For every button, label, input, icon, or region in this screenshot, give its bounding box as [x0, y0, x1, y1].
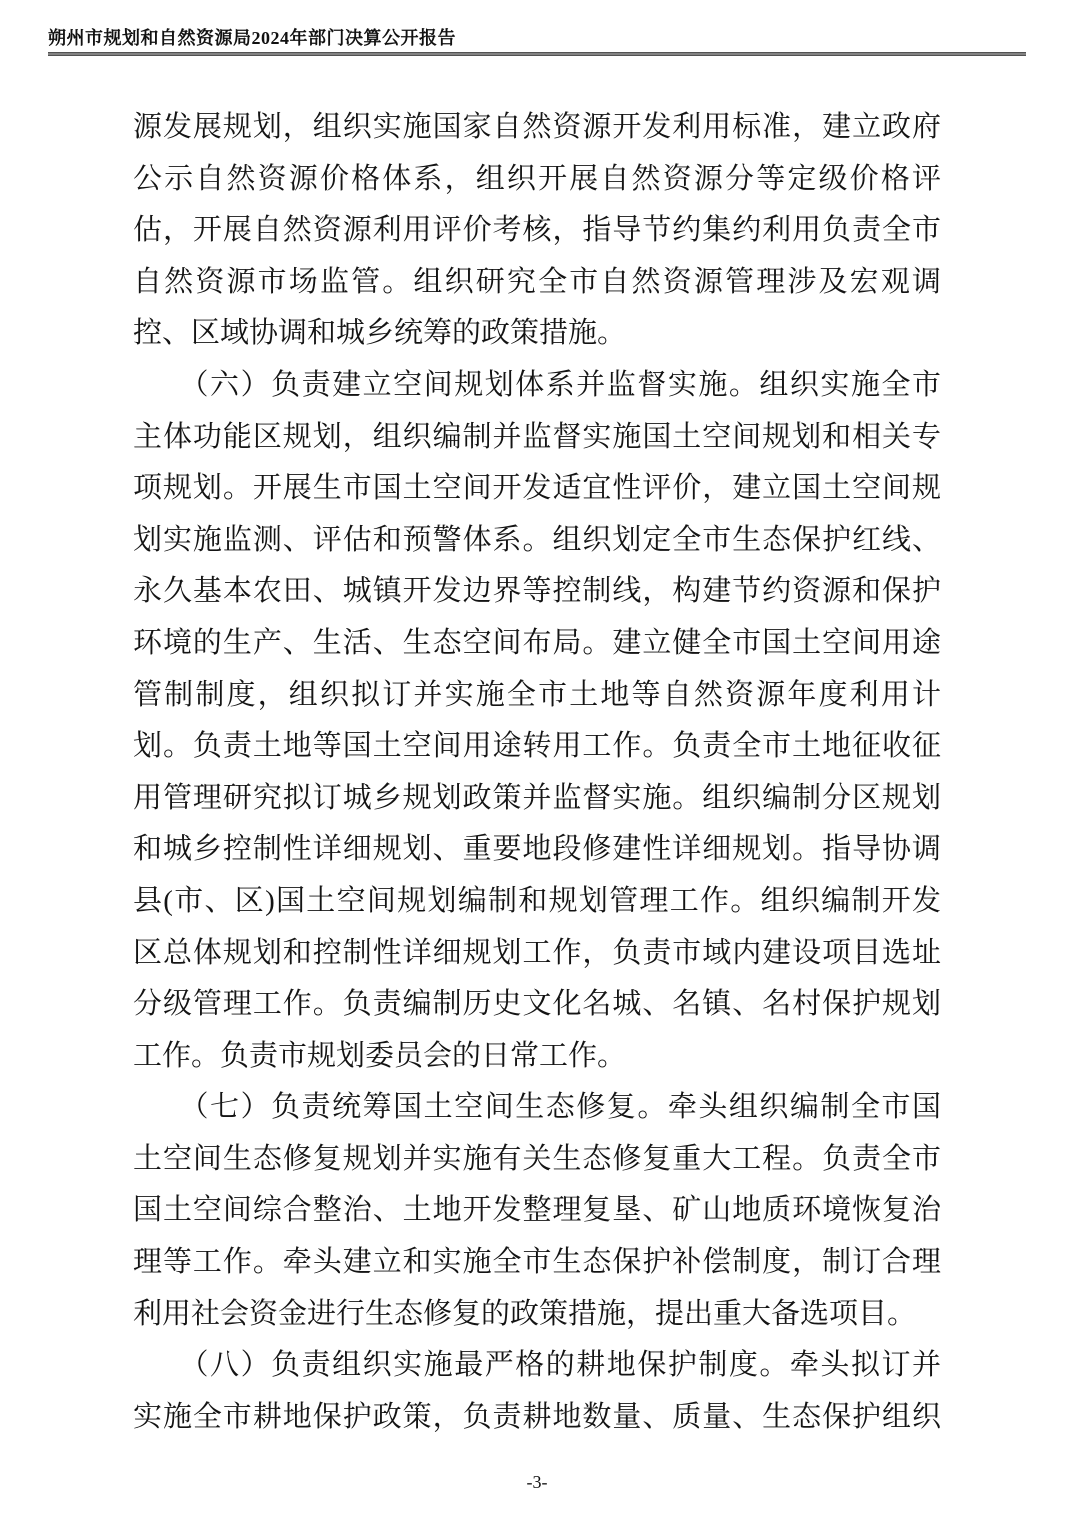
body-line: 利用社会资金进行生态修复的政策措施，提出重大备选项目。: [133, 1289, 941, 1341]
body-line: 实施全市耕地保护政策，负责耕地数量、质量、生态保护组织: [133, 1392, 941, 1444]
body-line: 控、区域协调和城乡统筹的政策措施。: [133, 308, 941, 360]
body-line: 公示自然资源价格体系，组织开展自然资源分等定级价格评: [133, 154, 941, 206]
body-line: 分级管理工作。负责编制历史文化名城、名镇、名村保护规划: [133, 979, 941, 1031]
body-line: 环境的生产、生活、生态空间布局。建立健全市国土空间用途: [133, 618, 941, 670]
body-line: （八）负责组织实施最严格的耕地保护制度。牵头拟订并: [133, 1340, 941, 1392]
body-line: 管制制度，组织拟订并实施全市土地等自然资源年度利用计: [133, 670, 941, 722]
header-rule-divider: [48, 52, 1026, 56]
page-number: -3-: [527, 1472, 548, 1492]
paragraph: （七）负责统筹国土空间生态修复。牵头组织编制全市国 土空间生态修复规划并实施有关…: [133, 1082, 941, 1340]
document-header-title: 朔州市规划和自然资源局2024年部门决算公开报告: [48, 24, 456, 50]
body-line: 土空间生态修复规划并实施有关生态修复重大工程。负责全市: [133, 1134, 941, 1186]
body-line: 永久基本农田、城镇开发边界等控制线，构建节约资源和保护: [133, 566, 941, 618]
body-line: （六）负责建立空间规划体系并监督实施。组织实施全市: [133, 360, 941, 412]
document-body: 源发展规划，组织实施国家自然资源开发利用标准，建立政府 公示自然资源价格体系，组…: [133, 102, 941, 1443]
body-line: 用管理研究拟订城乡规划政策并监督实施。组织编制分区规划: [133, 773, 941, 825]
body-line: 估，开展自然资源利用评价考核，指导节约集约利用负责全市: [133, 205, 941, 257]
body-line: （七）负责统筹国土空间生态修复。牵头组织编制全市国: [133, 1082, 941, 1134]
body-line: 县(市、区)国土空间规划编制和规划管理工作。组织编制开发: [133, 876, 941, 928]
paragraph: （六）负责建立空间规划体系并监督实施。组织实施全市 主体功能区规划，组织编制并监…: [133, 360, 941, 1082]
body-line: 和城乡控制性详细规划、重要地段修建性详细规划。指导协调: [133, 824, 941, 876]
paragraph: 源发展规划，组织实施国家自然资源开发利用标准，建立政府 公示自然资源价格体系，组…: [133, 102, 941, 360]
body-line: 源发展规划，组织实施国家自然资源开发利用标准，建立政府: [133, 102, 941, 154]
body-line: 项规划。开展生市国土空间开发适宜性评价，建立国土空间规: [133, 463, 941, 515]
body-line: 国土空间综合整治、土地开发整理复垦、矿山地质环境恢复治: [133, 1185, 941, 1237]
body-line: 主体功能区规划，组织编制并监督实施国土空间规划和相关专: [133, 412, 941, 464]
page-footer: -3-: [0, 1472, 1074, 1493]
body-line: 理等工作。牵头建立和实施全市生态保护补偿制度，制订合理: [133, 1237, 941, 1289]
paragraph: （八）负责组织实施最严格的耕地保护制度。牵头拟订并 实施全市耕地保护政策，负责耕…: [133, 1340, 941, 1443]
body-line: 工作。负责市规划委员会的日常工作。: [133, 1031, 941, 1083]
document-page: 朔州市规划和自然资源局2024年部门决算公开报告 源发展规划，组织实施国家自然资…: [0, 0, 1074, 1520]
body-line: 划实施监测、评估和预警体系。组织划定全市生态保护红线、: [133, 515, 941, 567]
body-line: 区总体规划和控制性详细规划工作，负责市域内建设项目选址: [133, 928, 941, 980]
body-line: 自然资源市场监管。组织研究全市自然资源管理涉及宏观调: [133, 257, 941, 309]
body-line: 划。负责土地等国土空间用途转用工作。负责全市土地征收征: [133, 721, 941, 773]
